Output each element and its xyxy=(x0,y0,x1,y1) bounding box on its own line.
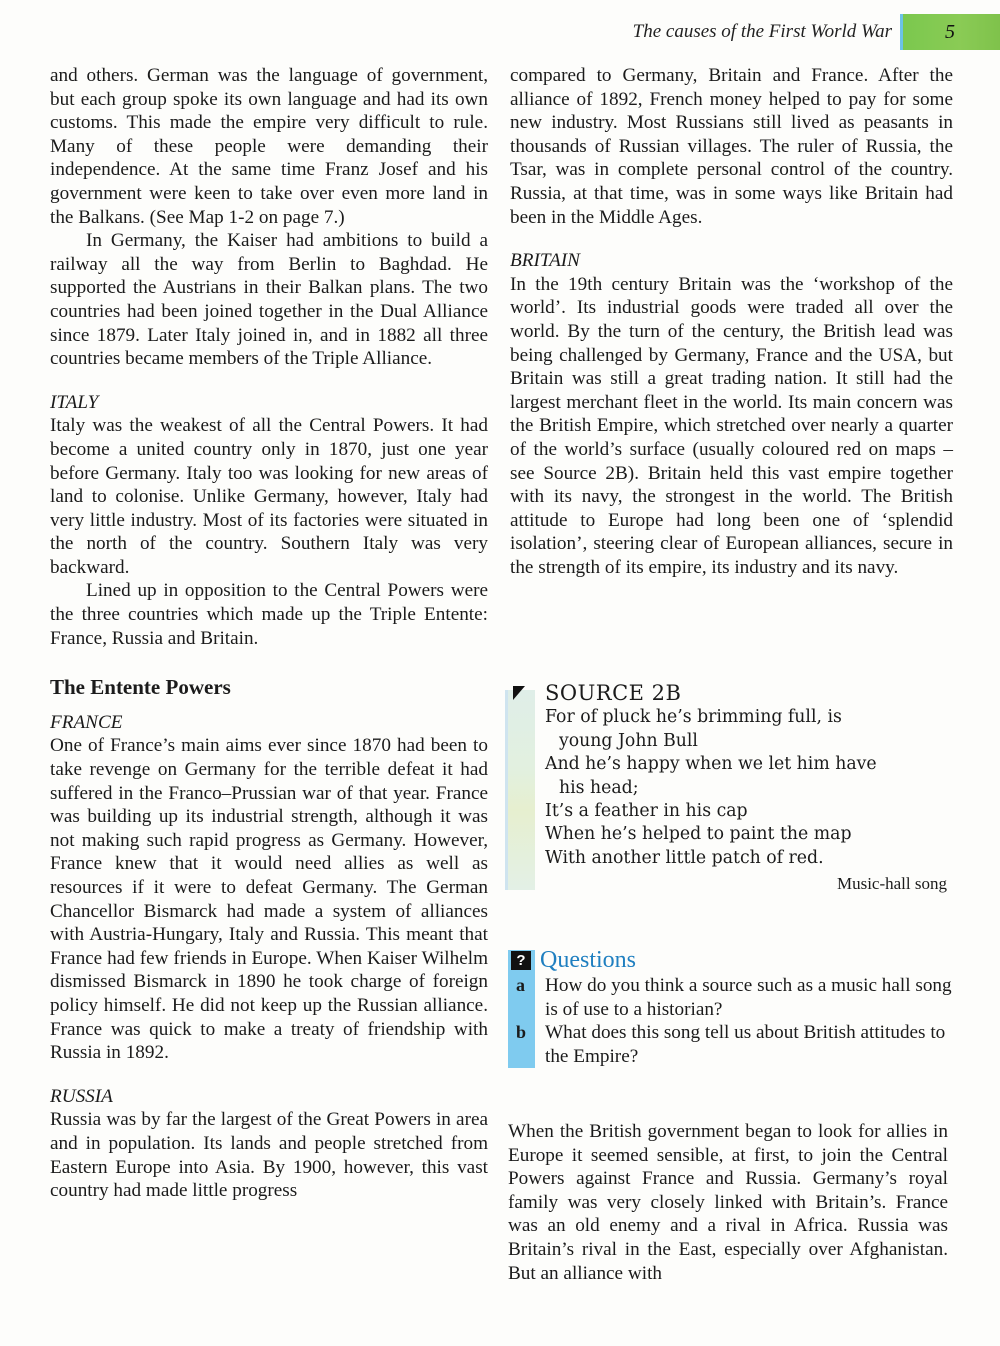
page-number-box: 5 xyxy=(900,14,1000,50)
paragraph: Lined up in opposition to the Central Po… xyxy=(50,579,488,650)
right-column: compared to Germany, Britain and France.… xyxy=(510,64,953,579)
right-column-bottom: When the British government began to loo… xyxy=(508,1120,948,1285)
paragraph: and others. German was the language of g… xyxy=(50,64,488,229)
source-line: When he’s helped to paint the map xyxy=(545,823,950,846)
questions-box: ? Questions a How do you think a source … xyxy=(508,946,958,1068)
question-item: a How do you think a source such as a mu… xyxy=(508,974,958,1021)
paragraph: Russia was by far the largest of the Gre… xyxy=(50,1108,488,1202)
source-corner-icon xyxy=(513,686,525,700)
question-text: How do you think a source such as a musi… xyxy=(545,974,958,1021)
source-strip xyxy=(505,690,535,890)
source-line: It’s a feather in his cap xyxy=(545,800,950,823)
source-caption: Music-hall song xyxy=(545,872,950,895)
source-title: SOURCE 2B xyxy=(545,682,950,705)
paragraph: When the British government began to loo… xyxy=(508,1120,948,1285)
questions-title: Questions xyxy=(540,946,958,974)
paragraph: In the 19th century Britain was the ‘wor… xyxy=(510,273,953,580)
paragraph: One of France’s main aims ever since 187… xyxy=(50,734,488,1064)
subheading-italy: ITALY xyxy=(50,391,488,415)
subheading-france: FRANCE xyxy=(50,711,488,735)
question-letter: a xyxy=(516,974,525,998)
question-text: What does this song tell us about Britis… xyxy=(545,1021,958,1068)
paragraph: In Germany, the Kaiser had ambitions to … xyxy=(50,229,488,371)
paragraph: Italy was the weakest of all the Central… xyxy=(50,414,488,579)
question-letter: b xyxy=(516,1021,526,1045)
source-line: For of pluck he’s brimming full, is xyxy=(545,706,950,729)
running-header: The causes of the First World War 5 xyxy=(633,14,1000,50)
question-mark-icon: ? xyxy=(511,951,531,970)
source-line: With another little patch of red. xyxy=(545,847,950,870)
subheading-britain: BRITAIN xyxy=(510,249,953,273)
paragraph: compared to Germany, Britain and France.… xyxy=(510,64,953,229)
chapter-title: The causes of the First World War xyxy=(633,21,892,43)
source-line: And he’s happy when we let him have xyxy=(545,753,950,776)
source-2b-box: SOURCE 2B For of pluck he’s brimming ful… xyxy=(505,682,950,896)
section-heading: The Entente Powers xyxy=(50,676,488,700)
subheading-russia: RUSSIA xyxy=(50,1085,488,1109)
left-column: and others. German was the language of g… xyxy=(50,64,488,1203)
page-number: 5 xyxy=(945,21,955,44)
source-line: his head; xyxy=(545,777,950,800)
source-line: young John Bull xyxy=(545,730,950,753)
question-item: b What does this song tell us about Brit… xyxy=(508,1021,958,1068)
